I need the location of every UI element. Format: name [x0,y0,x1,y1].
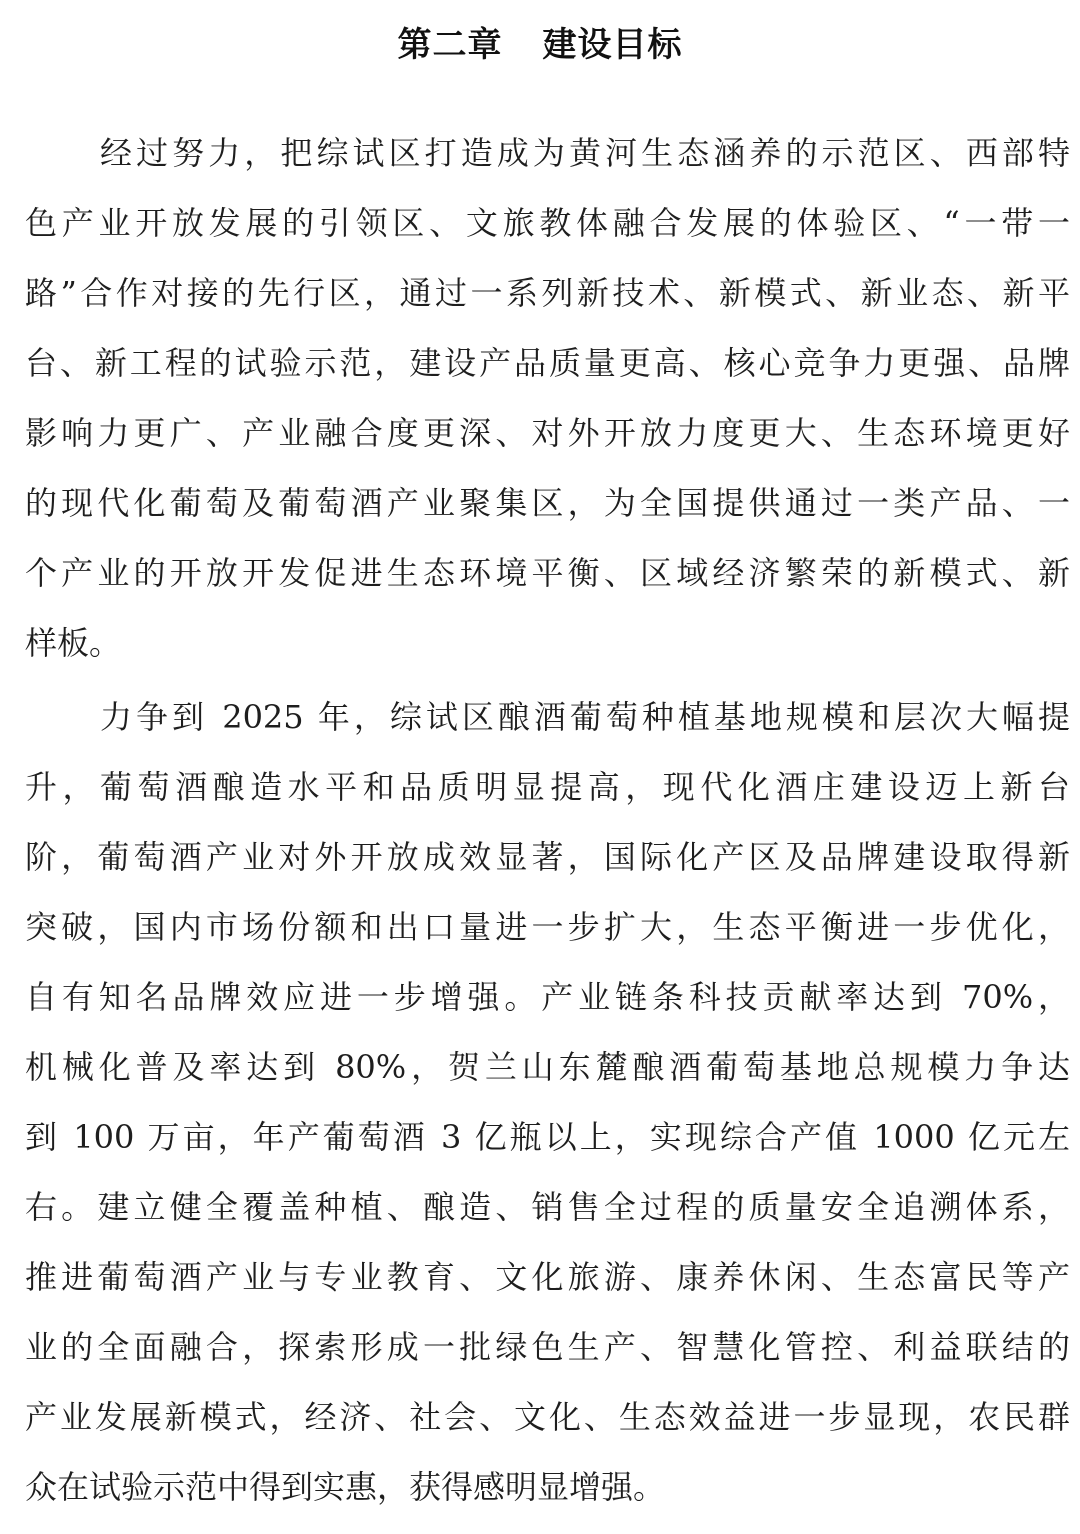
chapter-title: 第二章建设目标 [0,20,1080,70]
paragraph-line: 色产业开放发展的引领区、文旅教体融合发展的体验区、“一带一 [25,203,1070,243]
paragraph-line: 业的全面融合，探索形成一批绿色生产、智慧化管控、利益联结的 [25,1327,1070,1367]
paragraph-line: 力争到 2025 年，综试区酿酒葡萄种植基地规模和层次大幅提 [100,697,1070,737]
chapter-number: 第二章 [398,25,503,65]
paragraph-line: 自有知名品牌效应进一步增强。产业链条科技贡献率达到 70%， [25,977,1070,1017]
paragraph-line: 突破，国内市场份额和出口量进一步扩大，生态平衡进一步优化， [25,907,1070,947]
paragraph-line: 的现代化葡萄及葡萄酒产业聚集区，为全国提供通过一类产品、一 [25,483,1070,523]
chapter-heading: 建设目标 [543,25,683,65]
paragraph-line: 路”合作对接的先行区，通过一系列新技术、新模式、新业态、新平 [25,273,1070,313]
paragraph-line: 机械化普及率达到 80%，贺兰山东麓酿酒葡萄基地总规模力争达 [25,1047,1070,1087]
paragraph-line: 经过努力，把综试区打造成为黄河生态涵养的示范区、西部特 [100,133,1070,173]
paragraph-line: 台、新工程的试验示范，建设产品质量更高、核心竞争力更强、品牌 [25,343,1070,383]
paragraph-line: 到 100 万亩，年产葡萄酒 3 亿瓶以上，实现综合产值 1000 亿元左 [25,1117,1070,1157]
paragraph-line: 众在试验示范中得到实惠，获得感明显增强。 [25,1467,1070,1507]
paragraph-line: 推进葡萄酒产业与专业教育、文化旅游、康养休闲、生态富民等产 [25,1257,1070,1297]
paragraph-line: 样板。 [25,623,1070,663]
paragraph-line: 阶，葡萄酒产业对外开放成效显著，国际化产区及品牌建设取得新 [25,837,1070,877]
document-page: 第二章建设目标 经过努力，把综试区打造成为黄河生态涵养的示范区、西部特 色产业开… [0,0,1080,1534]
paragraph-line: 影响力更广、产业融合度更深、对外开放力度更大、生态环境更好 [25,413,1070,453]
paragraph-line: 右。建立健全覆盖种植、酿造、销售全过程的质量安全追溯体系， [25,1187,1070,1227]
paragraph-line: 个产业的开放开发促进生态环境平衡、区域经济繁荣的新模式、新 [25,553,1070,593]
paragraph-line: 升，葡萄酒酿造水平和品质明显提高，现代化酒庄建设迈上新台 [25,767,1070,807]
paragraph-line: 产业发展新模式，经济、社会、文化、生态效益进一步显现，农民群 [25,1397,1070,1437]
